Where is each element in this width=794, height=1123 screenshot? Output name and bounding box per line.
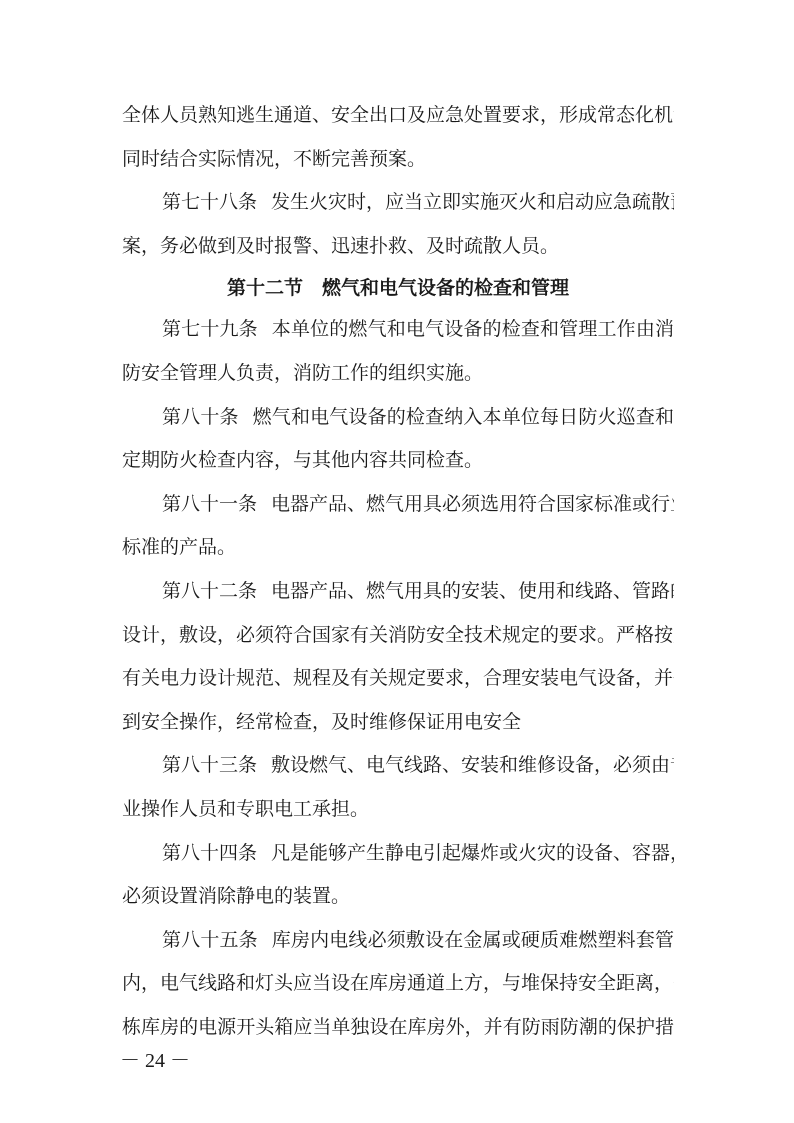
section-heading: 第十二节 燃气和电气设备的检查和管理 xyxy=(122,268,674,308)
article-text: 凡是能够产生静电引起爆炸或火灾的设备、容器， xyxy=(271,842,674,864)
article-text: 电器产品、燃气用具的安装、使用和线路、管路的 xyxy=(271,580,674,602)
article-81: 第八十一条电器产品、燃气用具必须选用符合国家标准或行业 xyxy=(122,483,674,527)
text-line: 内，电气线路和灯头应当设在库房通道上方，与堆保持安全距离，每 xyxy=(122,962,674,1006)
article-text: 库房内电线必须敷设在金属或硬质难燃塑料套管 xyxy=(272,929,674,951)
article-number: 第八十条 xyxy=(162,406,239,428)
text-line: 必须设置消除静电的装置。 xyxy=(122,875,674,919)
article-number: 第七十八条 xyxy=(162,191,257,213)
article-text: 发生火灾时，应当立即实施灭火和启动应急疏散预 xyxy=(271,191,674,213)
article-number: 第八十四条 xyxy=(162,842,257,864)
article-79: 第七十九条本单位的燃气和电气设备的检查和管理工作由消 xyxy=(122,308,674,352)
article-number: 第八十二条 xyxy=(162,580,257,602)
article-85: 第八十五条库房内电线必须敷设在金属或硬质难燃塑料套管 xyxy=(122,919,674,963)
article-number: 第八十五条 xyxy=(162,929,258,951)
text-line: 标准的产品。 xyxy=(122,526,674,570)
page-number: － 24 － xyxy=(120,1044,190,1073)
article-82: 第八十二条电器产品、燃气用具的安装、使用和线路、管路的 xyxy=(122,570,674,614)
document-page: 全体人员熟知逃生通道、安全出口及应急处置要求，形成常态化机制。 同时结合实际情况… xyxy=(0,0,794,1123)
article-text: 敷设燃气、电气线路、安装和维修设备，必须由专 xyxy=(271,754,674,776)
text-line: 案，务必做到及时报警、迅速扑救、及时疏散人员。 xyxy=(122,225,674,269)
article-text: 燃气和电气设备的检查纳入本单位每日防火巡查和 xyxy=(253,406,674,428)
article-78: 第七十八条发生火灾时，应当立即实施灭火和启动应急疏散预 xyxy=(122,181,674,225)
text-line: 业操作人员和专职电工承担。 xyxy=(122,788,674,832)
body-text: 全体人员熟知逃生通道、安全出口及应急处置要求，形成常态化机制。 同时结合实际情况… xyxy=(122,94,674,1049)
text-line: 栋库房的电源开头箱应当单独设在库房外，并有防雨防潮的保护措 xyxy=(122,1006,674,1050)
text-line: 到安全操作，经常检查，及时维修保证用电安全 xyxy=(122,701,674,745)
article-number: 第七十九条 xyxy=(162,318,258,340)
text-line: 有关电力设计规范、规程及有关规定要求，合理安装电气设备，并做 xyxy=(122,657,674,701)
article-text: 本单位的燃气和电气设备的检查和管理工作由消 xyxy=(272,318,674,340)
article-number: 第八十一条 xyxy=(162,493,257,515)
article-83: 第八十三条敷设燃气、电气线路、安装和维修设备，必须由专 xyxy=(122,744,674,788)
text-line: 全体人员熟知逃生通道、安全出口及应急处置要求，形成常态化机制。 xyxy=(122,94,674,138)
text-line: 定期防火检查内容，与其他内容共同检查。 xyxy=(122,439,674,483)
article-80: 第八十条燃气和电气设备的检查纳入本单位每日防火巡查和 xyxy=(122,396,674,440)
article-text: 电器产品、燃气用具必须选用符合国家标准或行业 xyxy=(271,493,674,515)
text-line: 防安全管理人负责，消防工作的组织实施。 xyxy=(122,352,674,396)
text-line: 设计，敷设，必须符合国家有关消防安全技术规定的要求。严格按照 xyxy=(122,614,674,658)
text-line: 同时结合实际情况，不断完善预案。 xyxy=(122,138,674,182)
article-number: 第八十三条 xyxy=(162,754,257,776)
article-84: 第八十四条凡是能够产生静电引起爆炸或火灾的设备、容器， xyxy=(122,832,674,876)
